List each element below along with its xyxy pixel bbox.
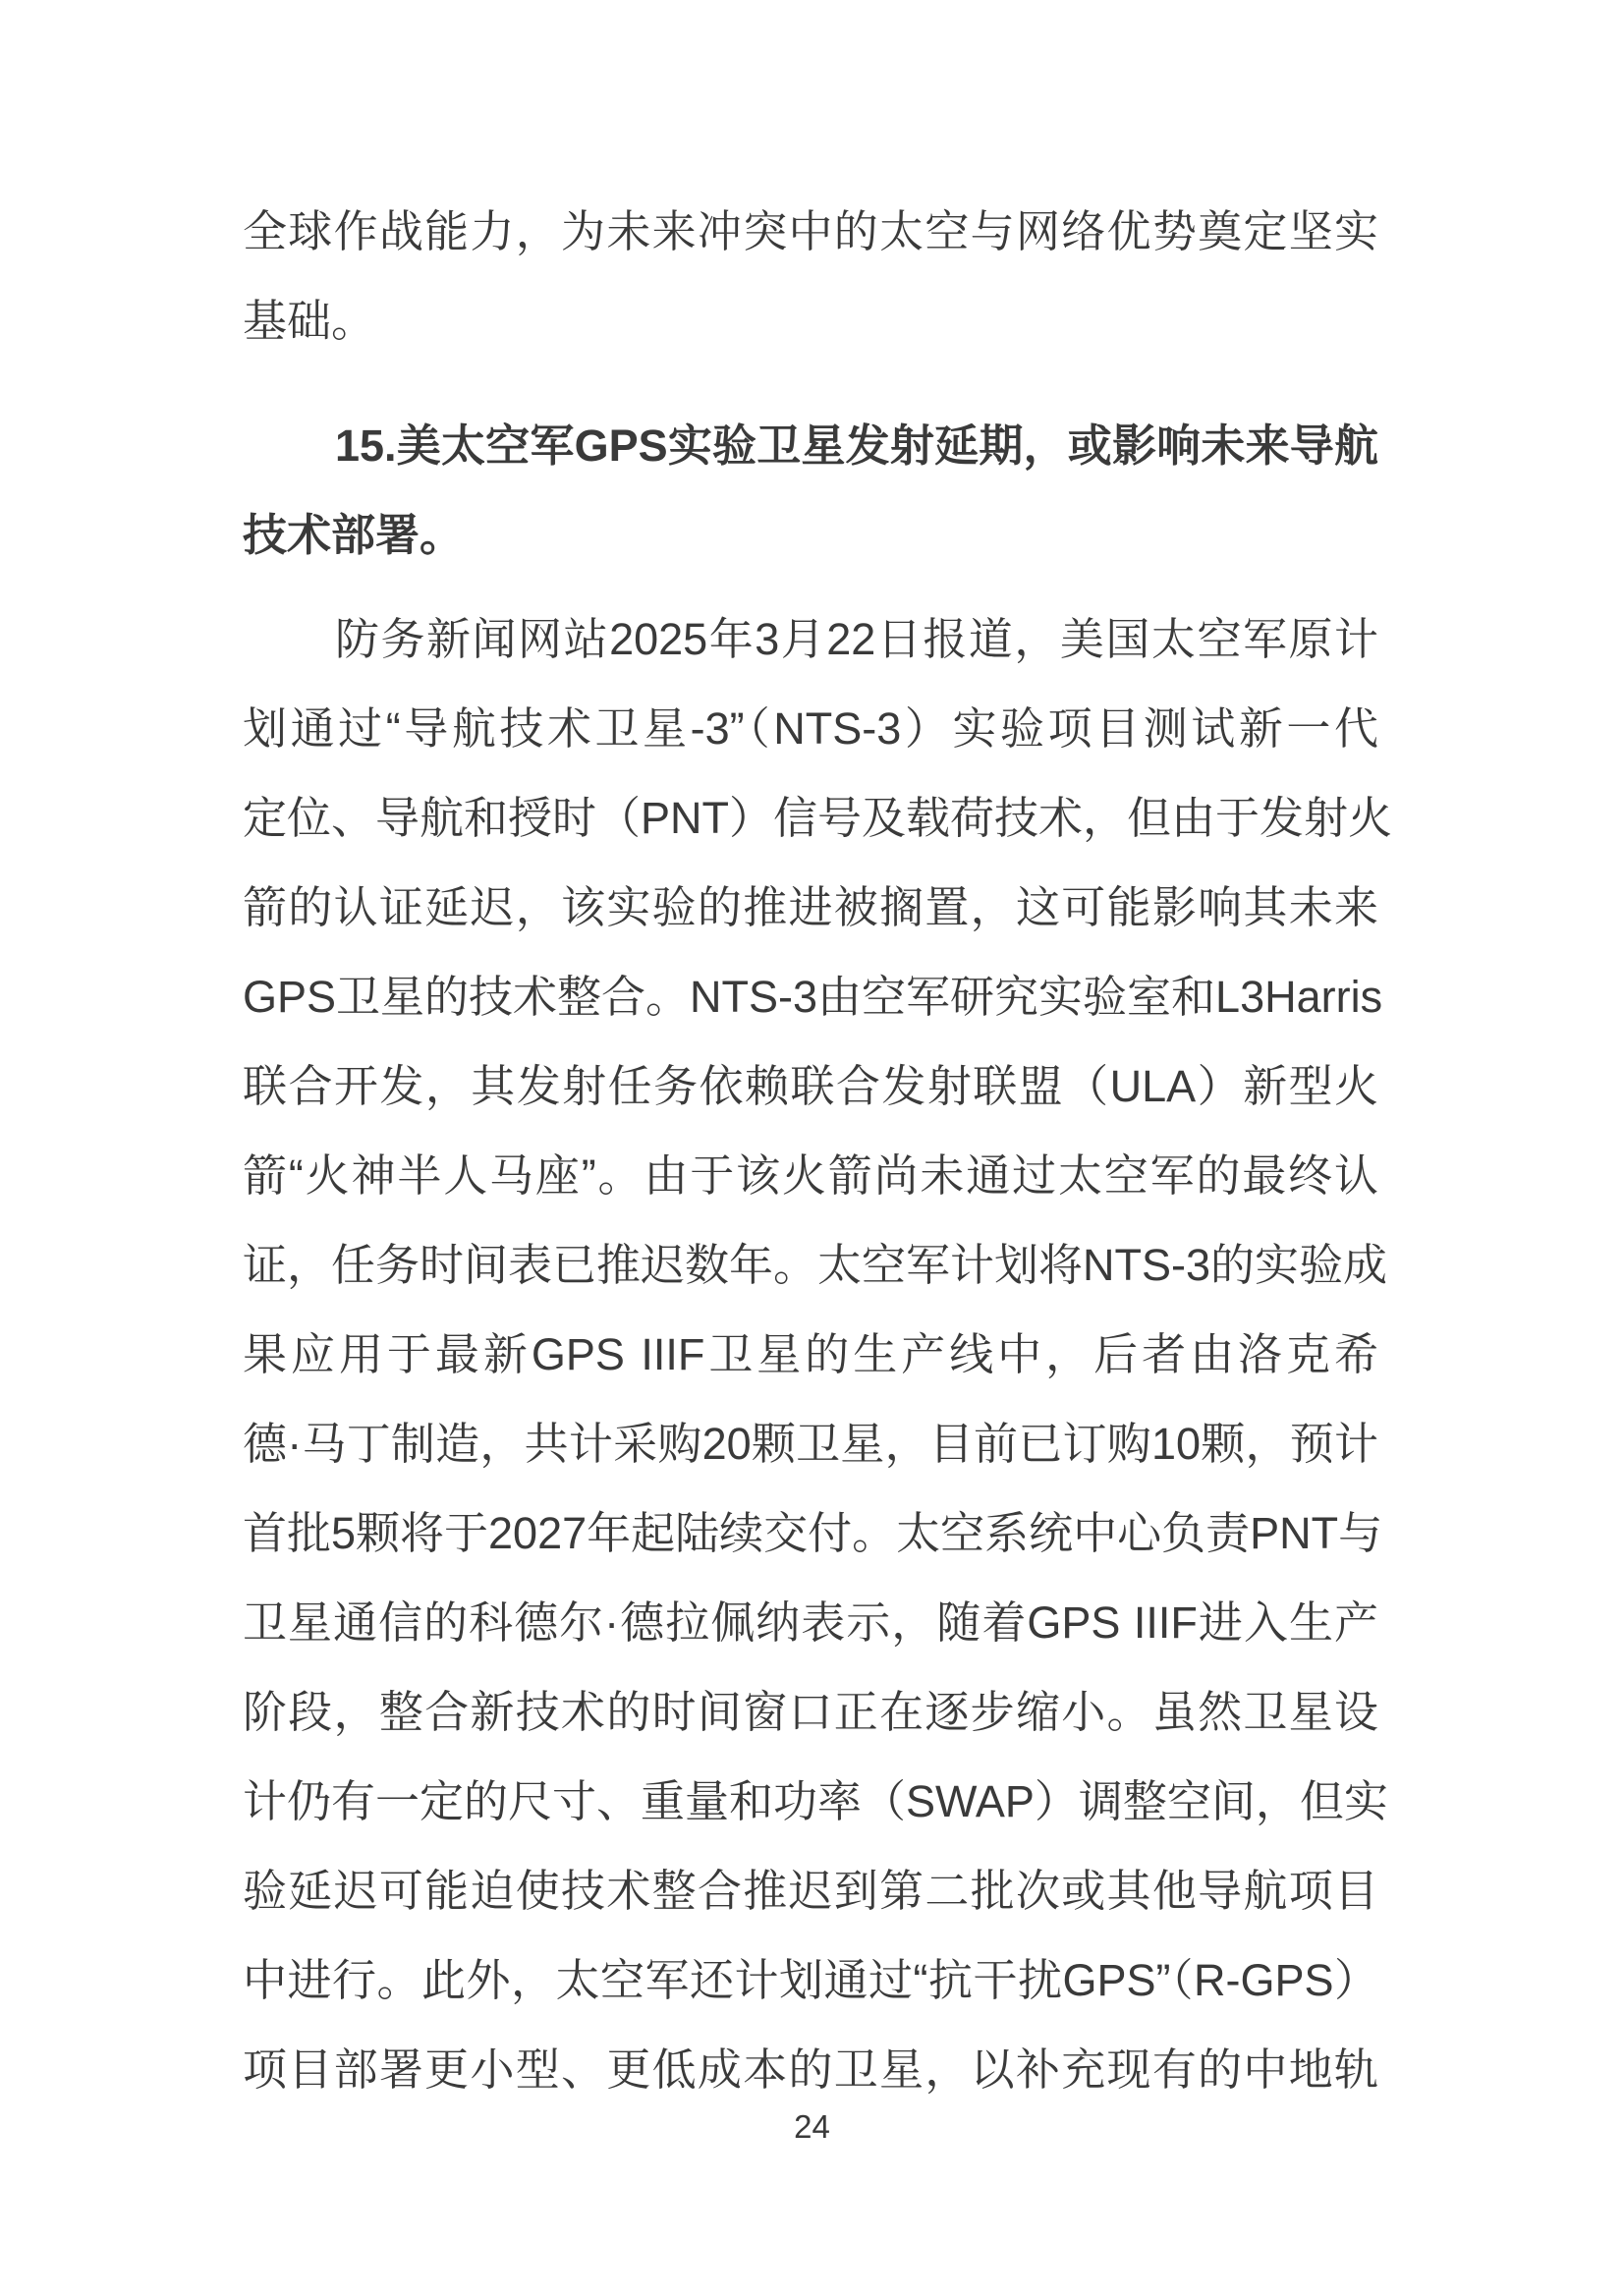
text-line: 项目部署更小型、更低成本的卫星，以补充现有的中地轨 [243,2025,1378,2114]
paragraph-continuation: 全球作战能力，为未来冲突中的太空与网络优势奠定坚实基础。 [243,187,1378,365]
text-line: 箭“火神半人马座”。由于该火箭尚未通过太空军的最终认 [243,1131,1378,1220]
text-line: 计仍有一定的尺寸、重量和功率（SWAP）调整空间，但实 [243,1757,1378,1846]
text-line: 中进行。此外，太空军还计划通过“抗干扰GPS”（R-GPS） [243,1935,1378,2025]
page-number: 24 [0,2102,1624,2152]
text-line: 防务新闻网站2025年3月22日报道，美国太空军原计 [243,594,1378,684]
document-page: 全球作战能力，为未来冲突中的太空与网络优势奠定坚实基础。 15.美太空军GPS实… [0,0,1624,2296]
text-line: 卫星通信的科德尔·德拉佩纳表示，随着GPS IIIF进入生产 [243,1578,1378,1667]
text-line: 果应用于最新GPS IIIF卫星的生产线中，后者由洛克希 [243,1310,1378,1399]
text-line: 阶段，整合新技术的时间窗口正在逐步缩小。虽然卫星设 [243,1667,1378,1757]
text-line: GPS卫星的技术整合。NTS-3由空军研究实验室和L3Harris [243,952,1378,1041]
text-line: 全球作战能力，为未来冲突中的太空与网络优势奠定坚实 [243,187,1378,276]
text-line: 技术部署。 [243,490,1378,580]
text-line: 证，任务时间表已推迟数年。太空军计划将NTS-3的实验成 [243,1220,1378,1310]
text-line: 15.美太空军GPS实验卫星发射延期，或影响未来导航 [243,401,1378,490]
text-line: 定位、导航和授时（PNT）信号及载荷技术，但由于发射火 [243,773,1378,863]
text-line: 箭的认证延迟，该实验的推进被搁置，这可能影响其未来 [243,863,1378,952]
text-line: 基础。 [243,276,1378,365]
page-content: 全球作战能力，为未来冲突中的太空与网络优势奠定坚实基础。 15.美太空军GPS实… [0,0,1624,2114]
body-paragraph: 防务新闻网站2025年3月22日报道，美国太空军原计划通过“导航技术卫星-3”（… [243,594,1378,2114]
text-line: 德·马丁制造，共计采购20颗卫星，目前已订购10颗，预计 [243,1399,1378,1488]
text-line: 联合开发，其发射任务依赖联合发射联盟（ULA）新型火 [243,1041,1378,1131]
section-heading: 15.美太空军GPS实验卫星发射延期，或影响未来导航技术部署。 [243,401,1378,580]
text-line: 验延迟可能迫使技术整合推迟到第二批次或其他导航项目 [243,1846,1378,1935]
text-line: 首批5颗将于2027年起陆续交付。太空系统中心负责PNT与 [243,1488,1378,1578]
text-line: 划通过“导航技术卫星-3”（NTS-3）实验项目测试新一代 [243,684,1378,773]
